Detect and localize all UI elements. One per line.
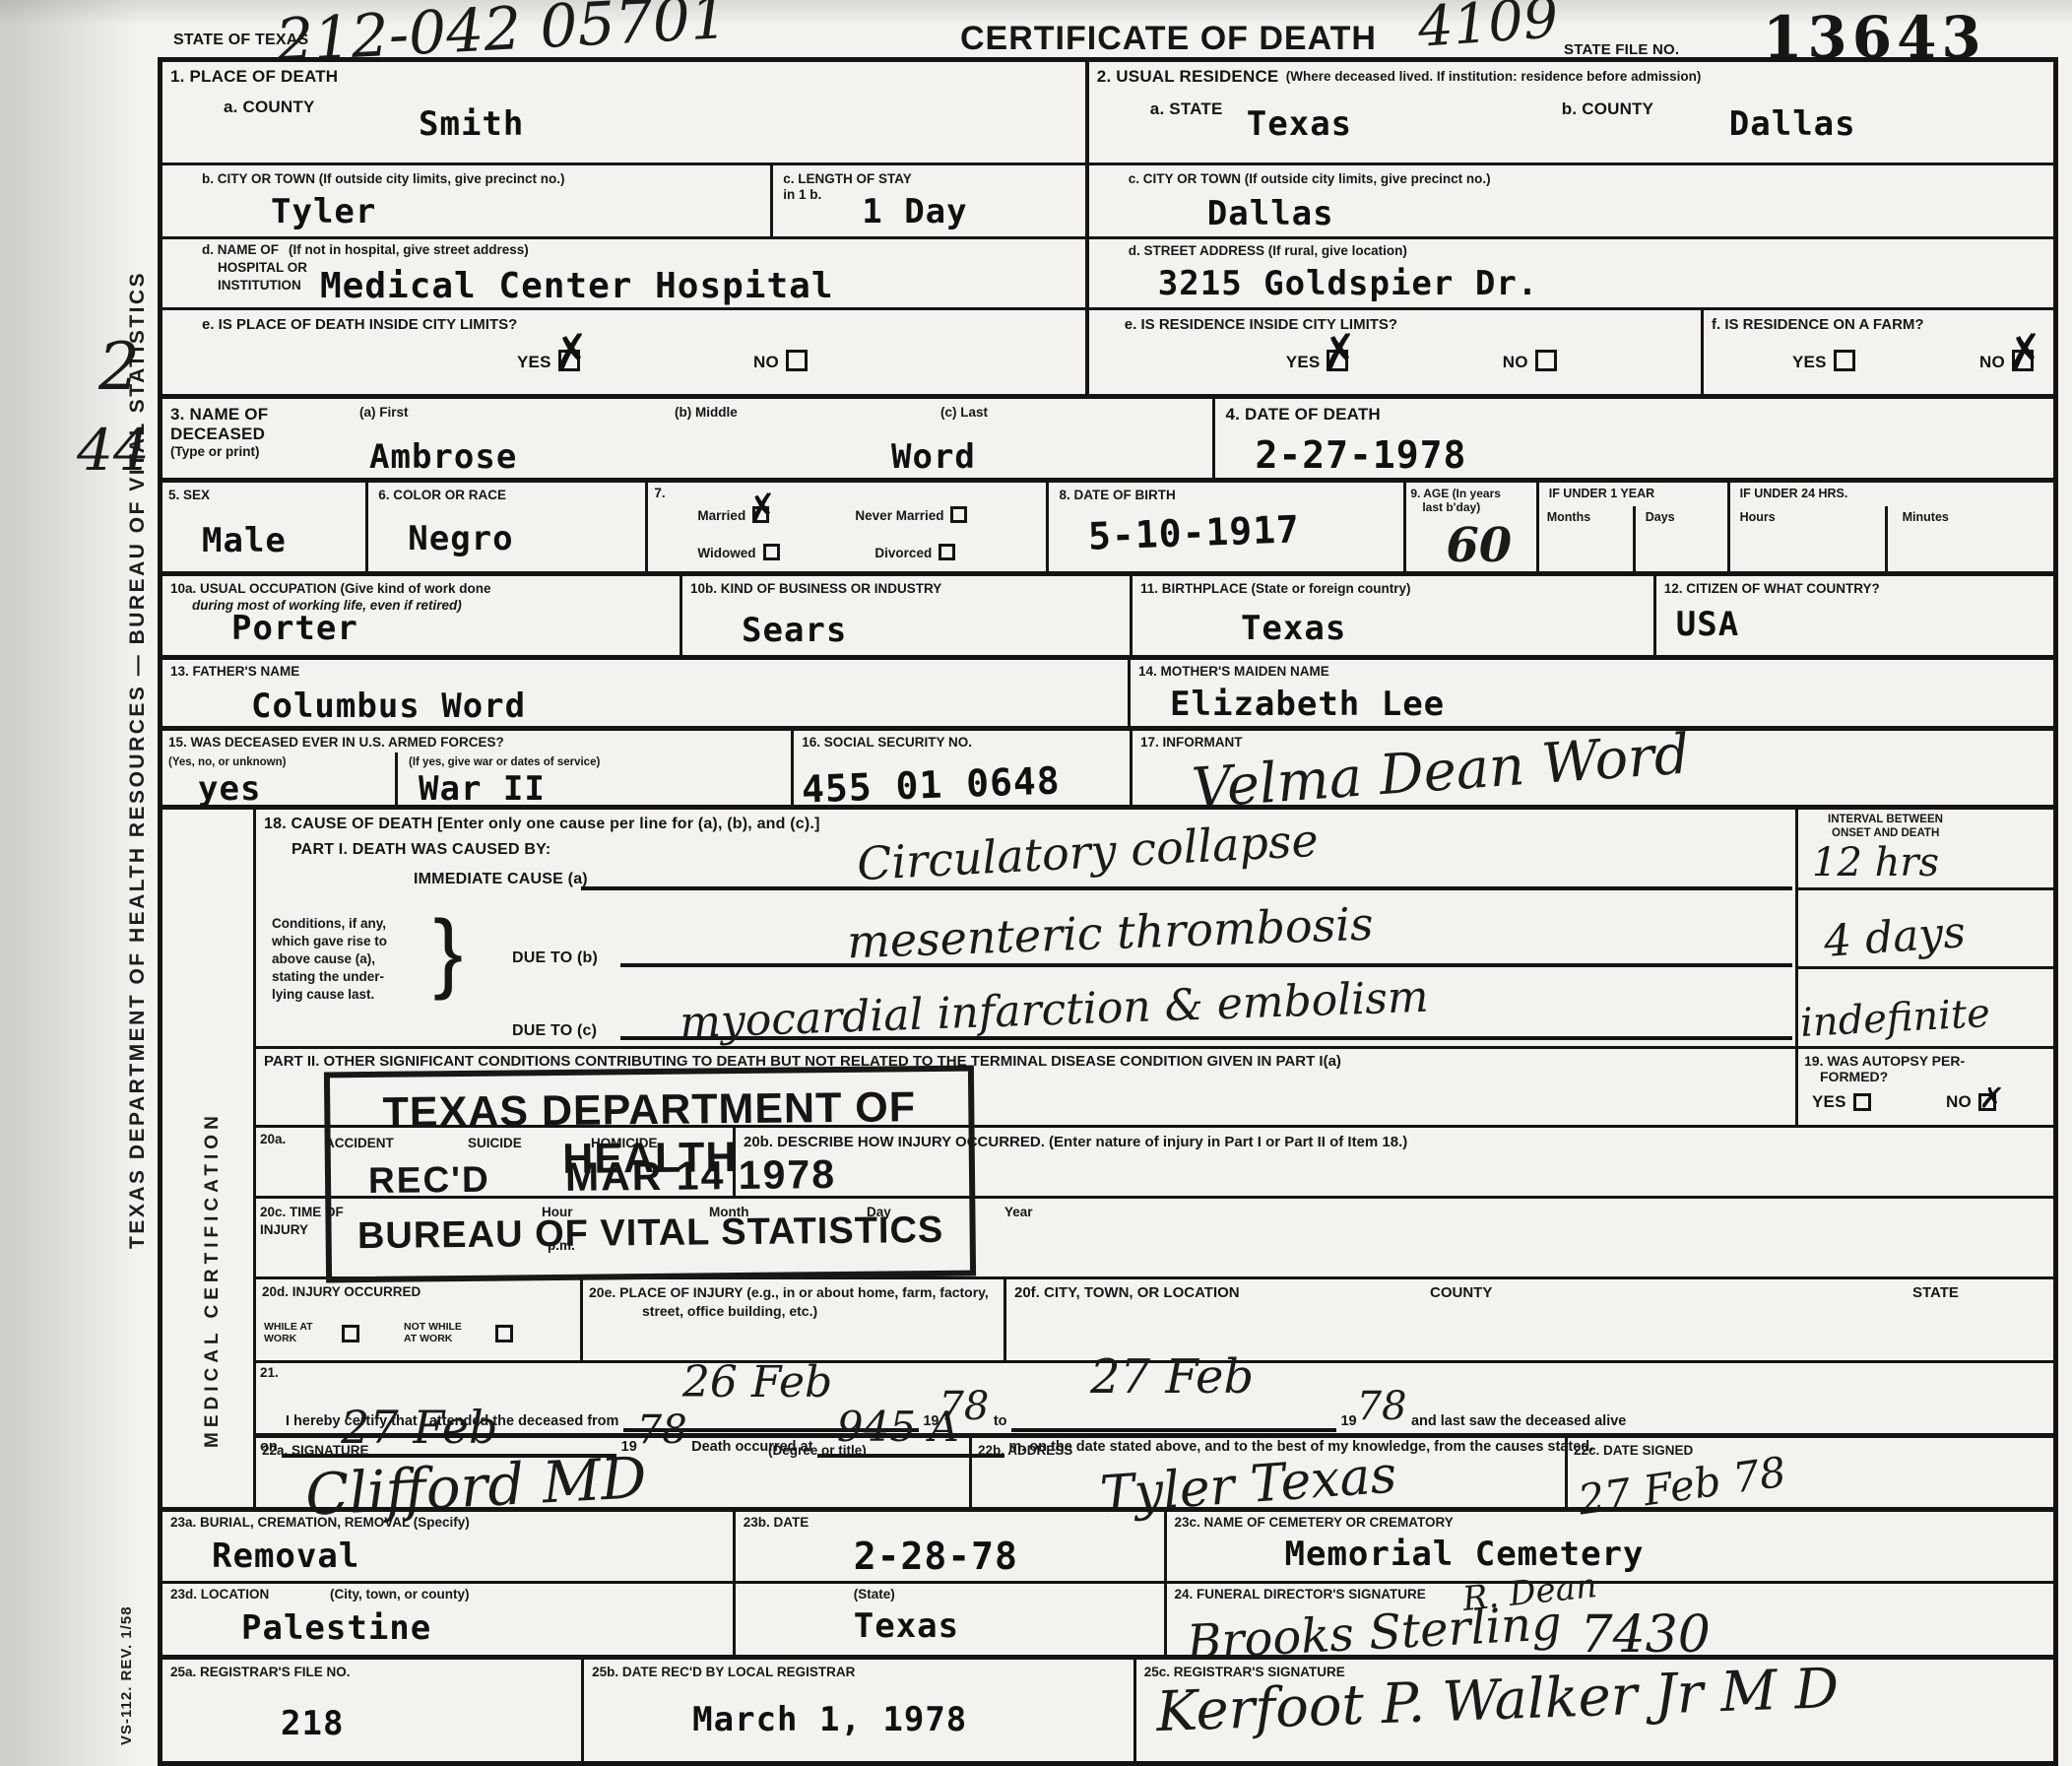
field-cemetery-name: 23c. NAME OF CEMETERY OR CREMATORY Memor… (1167, 1512, 2054, 1581)
widowed-checkbox (763, 544, 780, 560)
interval-due-c-value: indefinite (1799, 994, 1991, 1043)
field-if-under-1-year: IF UNDER 1 YEAR Months Days (1539, 483, 1730, 571)
section-usual-residence: 2. USUAL RESIDENCE (Where deceased lived… (1089, 62, 2053, 394)
informant-label: 17. INFORMANT (1140, 735, 1243, 751)
residence-city-limits-no: NO (1503, 350, 1557, 372)
section-registrar: 25a. REGISTRAR'S FILE NO. 218 25b. DATE … (162, 1655, 2053, 1761)
to-date-value: 27 Feb (1090, 1353, 1254, 1401)
never-married-option: Never Married (855, 506, 967, 524)
married-checkbox: ✗ (752, 506, 769, 523)
location-sublabel: (City, town, or county) (330, 1587, 470, 1602)
never-married-checkbox (950, 506, 967, 523)
burial-type-value: Removal (212, 1539, 359, 1573)
field-death-city: b. CITY OR TOWN (If outside city limits,… (162, 165, 773, 236)
city-label: b. CITY OR TOWN (If outside city limits,… (202, 171, 565, 187)
interval-immediate-value: 12 hrs (1812, 843, 1939, 883)
handwritten-title-number: 4109 (1416, 0, 1560, 56)
ssn-label: 16. SOCIAL SECURITY NO. (802, 735, 972, 751)
field-place-of-injury: 20e. PLACE OF INJURY (e.g., in or about … (583, 1279, 1006, 1360)
residence-farm-no: NO✗ (1979, 350, 2034, 372)
last-name-value: Word (891, 440, 976, 474)
death-city-limits-no: NO (753, 350, 808, 372)
industry-label: 10b. KIND OF BUSINESS OR INDUSTRY (690, 581, 941, 597)
while-at-work-checkbox-wrap (335, 1325, 359, 1343)
not-while-at-work-option: NOT WHILEAT WORK (404, 1321, 462, 1344)
due-to-b-line: mesenteric thrombosis (620, 890, 1792, 967)
stamp-date: MAR 14 1978 (565, 1151, 836, 1201)
while-at-work-checkbox (342, 1325, 359, 1342)
field-mother-name: 14. MOTHER'S MAIDEN NAME Elizabeth Lee (1131, 660, 2053, 726)
autopsy-no: NO✗ (1946, 1092, 1996, 1112)
death-city-limits-no-checkbox (786, 350, 808, 371)
field-physician-signature: 22a. SIGNATURE (Degree or title) Cliffor… (256, 1438, 972, 1507)
sex-label: 5. SEX (168, 488, 210, 503)
not-while-at-work-checkbox (495, 1325, 513, 1342)
autopsy-label2: FORMED? (1820, 1069, 1888, 1084)
divider (1885, 506, 1888, 571)
not-while-label: NOT WHILE (404, 1321, 462, 1333)
field-residence-city-limits: e. IS RESIDENCE INSIDE CITY LIMITS? YES✗… (1089, 310, 1704, 394)
field-industry: 10b. KIND OF BUSINESS OR INDUSTRY Sears (682, 576, 1133, 655)
conditions-note3: above cause (a), (272, 951, 375, 967)
certification-text: 21. I hereby certify that I attended the… (256, 1363, 2053, 1433)
residence-state-value: Texas (1247, 107, 1352, 141)
yes-label: YES (1792, 353, 1827, 371)
field-death-city-limits: e. IS PLACE OF DEATH INSIDE CITY LIMITS?… (162, 310, 1085, 394)
birthplace-value: Texas (1241, 612, 1346, 645)
yes-label: YES (517, 353, 551, 371)
state-sublabel: (State) (854, 1587, 895, 1602)
cemetery-label: 23c. NAME OF CEMETERY OR CREMATORY (1175, 1515, 1454, 1531)
first-name-label: (a) First (359, 405, 409, 421)
dob-label: 8. DATE OF BIRTH (1059, 488, 1175, 503)
field-hospital: d. NAME OF (If not in hospital, give str… (162, 239, 1085, 310)
conditions-note2: which gave rise to (272, 934, 387, 949)
hospital-paren-label: (If not in hospital, give street address… (289, 242, 529, 258)
registrar-file-value: 218 (281, 1707, 344, 1740)
section-place-and-residence: 1. PLACE OF DEATH a. COUNTY Smith b. CIT… (162, 62, 2053, 394)
interval-due-c: indefinite (1798, 969, 2053, 1046)
check-mark: ✗ (550, 327, 594, 377)
date-of-death-value: 2-27-1978 (1255, 436, 1466, 474)
residence-limits-no-checkbox (1535, 350, 1557, 371)
check-mark: ✗ (1318, 327, 1362, 377)
address-label: 22b. ADDRESS (978, 1443, 1072, 1459)
location-state-value: Texas (854, 1609, 959, 1643)
hospital-value: Medical Center Hospital (320, 269, 834, 304)
armed-forces-detail: War II (419, 772, 546, 806)
name-of-label: 3. NAME OF (170, 405, 268, 425)
residence-city-label: c. CITY OR TOWN (If outside city limits,… (1129, 171, 1491, 187)
field-father-name: 13. FATHER'S NAME Columbus Word (162, 660, 1131, 726)
signature-label: 22a. SIGNATURE (262, 1443, 369, 1459)
margin-note-44: 44 (77, 422, 150, 479)
never-married-label: Never Married (855, 508, 943, 523)
field-informant: 17. INFORMANT Velma Dean Word (1133, 731, 2053, 805)
field-funeral-director-signature: 24. FUNERAL DIRECTOR'S SIGNATURE R. Dean… (1167, 1584, 2054, 1655)
no-label: NO (753, 353, 779, 371)
check-mark: ✗ (2003, 327, 2047, 377)
minutes-label: Minutes (1903, 510, 1949, 524)
city-value: Tyler (271, 195, 376, 229)
received-stamp: TEXAS DEPARTMENT OF HEALTH REC'D MAR 14 … (324, 1066, 976, 1283)
margin-note-2: 2 (98, 335, 140, 400)
certificate-form: 1. PLACE OF DEATH a. COUNTY Smith b. CIT… (158, 57, 2058, 1766)
field-date-of-birth: 8. DATE OF BIRTH 5-10-1917 (1049, 483, 1406, 571)
item-21-label: 21. (260, 1365, 279, 1381)
part2-label: PART II. OTHER SIGNIFICANT CONDITIONS CO… (264, 1053, 1761, 1070)
from-date-value: 26 Feb (682, 1361, 832, 1405)
check-mark: ✗ (1978, 1083, 2005, 1115)
injury-occurred-label: 20d. INJURY OCCURRED (262, 1284, 421, 1300)
divorced-option: Divorced (874, 544, 955, 561)
no-label: NO (1503, 353, 1528, 371)
autopsy-yes: YES (1812, 1092, 1871, 1112)
form-code-vertical-label: VS-112. REV. 1/58 (118, 1605, 135, 1745)
interval-header2: ONSET AND DEATH (1832, 827, 1939, 840)
injury-20a-label: 20a. (260, 1132, 286, 1147)
immediate-cause-value: Circulatory collapse (856, 818, 1320, 886)
farm-yes-checkbox (1834, 350, 1855, 371)
interval-due-b: 4 days (1798, 890, 2053, 969)
while-at-work-option: WHILE ATWORK (264, 1321, 313, 1344)
due-to-b-value: mesenteric thrombosis (846, 901, 1374, 965)
field-burial-date: 23b. DATE 2-28-78 (736, 1512, 1167, 1581)
field-residence-state-county: 2. USUAL RESIDENCE (Where deceased lived… (1089, 62, 2053, 165)
hospital-label3: INSTITUTION (218, 278, 301, 294)
burial-type-label: 23a. BURIAL, CREMATION, REMOVAL (Specify… (170, 1515, 470, 1531)
section-name-and-date-of-death: 3. NAME OF DECEASED (Type or print) (a) … (162, 394, 2053, 478)
interval-due-b-value: 4 days (1823, 911, 1968, 964)
field-date-signed: 22c. DATE SIGNED 27 Feb 78 (1568, 1438, 2053, 1507)
widowed-option: Widowed (697, 544, 779, 561)
under-24-hrs-label: IF UNDER 24 HRS. (1740, 487, 1848, 500)
field-injury-location: 20d. INJURY OCCURRED WHILE ATWORK NOT WH… (256, 1276, 2053, 1360)
mother-value: Elizabeth Lee (1170, 687, 1445, 721)
yes-label: YES (1812, 1092, 1846, 1111)
autopsy-yes-checkbox (1853, 1093, 1871, 1111)
residence-farm-label: f. IS RESIDENCE ON A FARM? (1712, 316, 1924, 333)
not-while-at-work-checkbox-wrap (488, 1325, 513, 1343)
field-ssn: 16. SOCIAL SECURITY NO. 455 01 0648 (794, 731, 1133, 805)
section-disposition: 23a. BURIAL, CREMATION, REMOVAL (Specify… (162, 1507, 2053, 1581)
sex-value: Male (202, 524, 287, 557)
location-label: 23d. LOCATION (170, 1587, 269, 1602)
field-marital-status: 7. Married✗ Never Married Widowed Divorc… (648, 483, 1049, 571)
field-physician-signature-row: 22a. SIGNATURE (Degree or title) Cliffor… (256, 1433, 2053, 1507)
armed-forces-answer: yes (198, 772, 261, 806)
no-label: NO (1946, 1092, 1972, 1111)
field-registrar-file-no: 25a. REGISTRAR'S FILE NO. 218 (162, 1660, 584, 1761)
industry-value: Sears (742, 614, 847, 647)
field-residence-street: d. STREET ADDRESS (If rural, give locati… (1089, 239, 2053, 310)
time-of-injury-label2: INJURY (260, 1222, 308, 1238)
residence-title: 2. USUAL RESIDENCE (1097, 67, 1279, 87)
registrar-file-label: 25a. REGISTRAR'S FILE NO. (170, 1665, 351, 1680)
yes-label: YES (1286, 353, 1321, 371)
deceased-label: DECEASED (170, 425, 265, 444)
injury-city-label: 20f. CITY, TOWN, OR LOCATION (1014, 1284, 1240, 1301)
field-physician-address: 22b. ADDRESS Tyler Texas (972, 1438, 1568, 1507)
death-city-limits-yes: YES✗ (517, 350, 580, 372)
race-label: 6. COLOR OR RACE (378, 488, 506, 503)
stay-label: c. LENGTH OF STAY (783, 171, 912, 187)
field-age: 9. AGE (In years last b'day) 60 (1406, 483, 1538, 571)
place-of-injury-label2: street, office building, etc.) (642, 1303, 817, 1319)
field-injury-city-county-state: 20f. CITY, TOWN, OR LOCATION COUNTY STAT… (1006, 1279, 2053, 1360)
burial-date-label: 23b. DATE (744, 1515, 809, 1531)
injury-county-label: COUNTY (1430, 1284, 1492, 1301)
field-registrar-signature: 25c. REGISTRAR'S SIGNATURE Kerfoot P. Wa… (1136, 1660, 2053, 1761)
section-parents: 13. FATHER'S NAME Columbus Word 14. MOTH… (162, 655, 2053, 726)
interval-immediate: INTERVAL BETWEEN ONSET AND DEATH 12 hrs (1798, 810, 2053, 890)
widowed-label: Widowed (697, 546, 755, 560)
section-service-ssn-informant: 15. WAS DECEASED EVER IN U.S. ARMED FORC… (162, 726, 2053, 805)
location-city-value: Palestine (241, 1611, 431, 1645)
last-name-label: (c) Last (940, 405, 988, 421)
field-burial-location: 23d. LOCATION (City, town, or county) Pa… (162, 1584, 736, 1655)
interval-column: INTERVAL BETWEEN ONSET AND DEATH 12 hrs … (1795, 810, 2053, 1046)
field-death-county: 1. PLACE OF DEATH a. COUNTY Smith (162, 62, 1085, 165)
field-date-of-death: 4. DATE OF DEATH 2-27-1978 (1215, 399, 2053, 478)
funeral-director-number: 7430 (1581, 1609, 1711, 1661)
divorced-label: Divorced (874, 546, 932, 560)
field-attendance-certification: 21. I hereby certify that I attended the… (256, 1360, 2053, 1433)
residence-city-value: Dallas (1207, 197, 1334, 230)
field-burial-state: (State) Texas (736, 1584, 1167, 1655)
registrar-date-value: March 1, 1978 (692, 1703, 967, 1736)
cause-main: 18. CAUSE OF DEATH [Enter only one cause… (256, 810, 1795, 1046)
under-1-year-label: IF UNDER 1 YEAR (1549, 487, 1654, 500)
field-burial-type: 23a. BURIAL, CREMATION, REMOVAL (Specify… (162, 1512, 736, 1581)
residence-street-label: d. STREET ADDRESS (If rural, give locati… (1129, 243, 1407, 259)
father-label: 13. FATHER'S NAME (170, 664, 299, 680)
county-label: a. COUNTY (224, 98, 314, 117)
field-registrar-date: 25b. DATE REC'D BY LOCAL REGISTRAR March… (584, 1660, 1136, 1761)
death-city-limits-label: e. IS PLACE OF DEATH INSIDE CITY LIMITS? (202, 316, 517, 333)
section-occupation: 10a. USUAL OCCUPATION (Give kind of work… (162, 571, 2053, 655)
place-of-death-title: 1. PLACE OF DEATH (170, 67, 338, 87)
citizen-value: USA (1676, 608, 1739, 641)
marital-label: 7. (654, 486, 665, 501)
place-of-injury-label1: 20e. PLACE OF INJURY (e.g., in or about … (589, 1284, 989, 1300)
date-signed-label: 22c. DATE SIGNED (1574, 1443, 1693, 1459)
informant-value-handwritten: Velma Dean Word (1191, 727, 1692, 817)
conditions-note4: stating the under- (272, 969, 384, 985)
field-autopsy: 19. WAS AUTOPSY PER- FORMED? YES NO✗ (1795, 1049, 2053, 1125)
ssn-value: 455 01 0648 (802, 761, 1062, 808)
field-occupation: 10a. USUAL OCCUPATION (Give kind of work… (162, 576, 682, 655)
birthplace-label: 11. BIRTHPLACE (State or foreign country… (1140, 581, 1411, 597)
residence-state-label: a. STATE (1150, 99, 1223, 119)
residence-limits-yes-checkbox: ✗ (1327, 350, 1348, 371)
divider (395, 752, 398, 805)
section-vitals: 5. SEX Male 6. COLOR OR RACE Negro 7. Ma… (162, 478, 2053, 571)
farm-no-checkbox: ✗ (2012, 350, 2034, 371)
injury-state-label: STATE (1912, 1284, 1959, 1301)
section-place-of-death: 1. PLACE OF DEATH a. COUNTY Smith b. CIT… (162, 62, 1089, 394)
middle-name-label: (b) Middle (675, 405, 738, 421)
check-mark: ✗ (745, 488, 781, 529)
armed-forces-label: 15. WAS DECEASED EVER IN U.S. ARMED FORC… (168, 735, 504, 751)
work-label: WORK (264, 1333, 296, 1344)
occupation-value: Porter (231, 612, 358, 645)
hours-label: Hours (1740, 510, 1776, 524)
age-label: 9. AGE (In years (1410, 488, 1501, 501)
mother-label: 14. MOTHER'S MAIDEN NAME (1138, 664, 1329, 680)
field-citizenship: 12. CITIZEN OF WHAT COUNTRY? USA (1656, 576, 2053, 655)
residence-city-limits-yes: YES✗ (1286, 350, 1349, 372)
months-label: Months (1547, 510, 1590, 524)
type-or-print-label: (Type or print) (170, 444, 260, 460)
field-sex: 5. SEX Male (162, 483, 368, 571)
field-injury-occurred: 20d. INJURY OCCURRED WHILE ATWORK NOT WH… (256, 1279, 583, 1360)
divorced-checkbox (939, 544, 955, 560)
residence-title-paren: (Where deceased lived. If institution: r… (1286, 69, 1702, 85)
first-name-value: Ambrose (369, 440, 517, 474)
stay-sublabel: in 1 b. (783, 187, 821, 203)
due-to-c-value: myocardial infarction & embolism (679, 976, 1429, 1046)
hospital-label: d. NAME OF (202, 242, 279, 258)
burial-date-value: 2-28-78 (854, 1537, 1018, 1575)
interval-header1: INTERVAL BETWEEN (1828, 814, 1943, 826)
married-option: Married✗ (697, 506, 769, 524)
no-label: NO (1979, 353, 2005, 371)
due-to-c-line: myocardial infarction & embolism (620, 967, 1792, 1040)
father-value: Columbus Word (251, 689, 526, 723)
section-location-funeral-director: 23d. LOCATION (City, town, or county) Pa… (162, 1581, 2053, 1655)
part1-label: PART I. DEATH WAS CAUSED BY: (291, 841, 550, 860)
immediate-cause-label: IMMEDIATE CAUSE (a) (414, 871, 588, 889)
field-residence-farm: f. IS RESIDENCE ON A FARM? YES NO✗ (1704, 310, 2053, 394)
death-city-limits-yes-checkbox: ✗ (558, 350, 580, 371)
immediate-cause-line: Circulatory collapse (581, 814, 1792, 890)
funeral-director-label: 24. FUNERAL DIRECTOR'S SIGNATURE (1175, 1587, 1426, 1602)
autopsy-no-checkbox: ✗ (1978, 1093, 1996, 1111)
stamp-recd-label: REC'D (368, 1159, 490, 1202)
divider (1633, 506, 1636, 571)
conditions-brace: } (433, 908, 463, 997)
married-label: Married (697, 508, 745, 523)
residence-farm-yes: YES (1792, 350, 1855, 372)
armed-forces-sub2: (If yes, give war or dates of service) (409, 756, 600, 769)
residence-street-value: 3215 Goldspier Dr. (1158, 267, 1538, 300)
dob-value: 5-10-1917 (1088, 510, 1301, 555)
stay-value: 1 Day (862, 195, 967, 229)
certificate-title: CERTIFICATE OF DEATH (960, 20, 1377, 58)
field-length-of-stay: c. LENGTH OF STAY in 1 b. 1 Day (773, 165, 1085, 236)
race-value: Negro (408, 522, 513, 556)
date-of-death-label: 4. DATE OF DEATH (1225, 405, 1380, 425)
occupation-label: 10a. USUAL OCCUPATION (Give kind of work… (170, 581, 491, 597)
field-deceased-name: 3. NAME OF DECEASED (Type or print) (a) … (162, 399, 1215, 478)
field-birthplace: 11. BIRTHPLACE (State or foreign country… (1133, 576, 1656, 655)
registrar-date-label: 25b. DATE REC'D BY LOCAL REGISTRAR (592, 1665, 855, 1680)
autopsy-label1: 19. WAS AUTOPSY PER- (1804, 1053, 1965, 1069)
scan-edge-shading (0, 0, 138, 1766)
residence-county-value: Dallas (1729, 107, 1856, 141)
field-armed-forces: 15. WAS DECEASED EVER IN U.S. ARMED FORC… (162, 731, 794, 805)
medical-certification-strip: MEDICAL CERTIFICATION (162, 810, 256, 1507)
year-label: Year (1004, 1205, 1033, 1220)
due-to-c-label: DUE TO (c) (512, 1022, 597, 1041)
stamp-bureau-line: BUREAU OF VITAL STATISTICS (331, 1210, 969, 1259)
armed-forces-sub1: (Yes, no, or unknown) (168, 756, 286, 769)
age-value: 60 (1446, 522, 1512, 569)
age-label2: last b'day) (1422, 501, 1480, 515)
due-to-b-label: DUE TO (b) (512, 949, 598, 968)
field-race: 6. COLOR OR RACE Negro (368, 483, 648, 571)
conditions-note5: lying cause last. (272, 987, 374, 1003)
days-label: Days (1646, 510, 1675, 524)
citizen-label: 12. CITIZEN OF WHAT COUNTRY? (1664, 581, 1880, 597)
medical-certification-vertical-label: MEDICAL CERTIFICATION (202, 1111, 224, 1448)
conditions-note1: Conditions, if any, (272, 916, 386, 932)
residence-city-limits-label: e. IS RESIDENCE INSIDE CITY LIMITS? (1125, 316, 1397, 333)
residence-county-label: b. COUNTY (1562, 99, 1653, 119)
while-at-label: WHILE AT (264, 1321, 313, 1333)
county-value: Smith (419, 107, 524, 141)
field-if-under-24-hrs: IF UNDER 24 HRS. Hours Minutes (1730, 483, 2053, 571)
field-residence-city: c. CITY OR TOWN (If outside city limits,… (1089, 165, 2053, 239)
at-work-label: AT WORK (404, 1333, 452, 1344)
hospital-label2: HOSPITAL OR (218, 260, 307, 276)
death-certificate-scan: STATE OF TEXAS 212-042 05701 CERTIFICATE… (0, 0, 2072, 1766)
degree-label: (Degree or title) (768, 1443, 867, 1459)
field-cause-of-death: 18. CAUSE OF DEATH [Enter only one cause… (256, 810, 2053, 1046)
